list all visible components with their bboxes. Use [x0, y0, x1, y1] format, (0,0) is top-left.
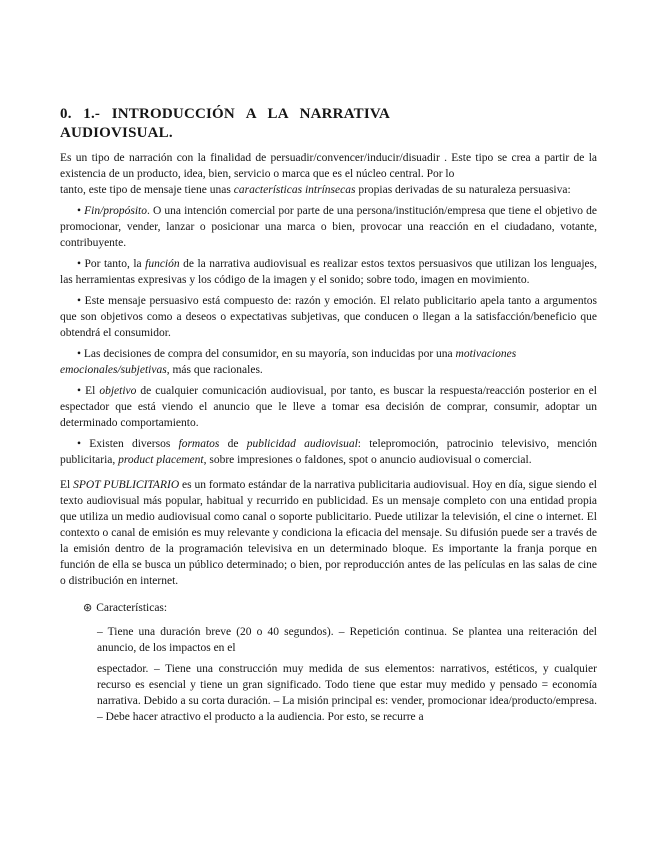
caracteristicas-heading: ⊛Características: [60, 600, 597, 616]
caracteristicas-label: Características: [96, 602, 167, 614]
caracteristicas-block-2: espectador. – Tiene una construcción muy… [97, 661, 597, 725]
bullet-fin-proposito: • Fin/propósito. O una intención comerci… [60, 203, 597, 251]
bullet-funcion: • Por tanto, la función de la narrativa … [60, 256, 597, 288]
bullet-formatos: • Existen diversos formatos de publicida… [60, 436, 597, 468]
title-line-1: 0. 1.- INTRODUCCIÓN A LA NARRATIVA [60, 105, 390, 124]
bullet-decisiones-compra: • Las decisiones de compra del consumido… [60, 346, 597, 378]
bullet-objetivo: • El objetivo de cualquier comunicación … [60, 383, 597, 431]
document-title: 0. 1.- INTRODUCCIÓN A LA NARRATIVA AUDIO… [60, 105, 597, 143]
caracteristicas-block-1: – Tiene una duración breve (20 o 40 segu… [97, 624, 597, 656]
document-page: 0. 1.- INTRODUCCIÓN A LA NARRATIVA AUDIO… [0, 0, 655, 848]
spot-publicitario-paragraph: El SPOT PUBLICITARIO es un formato están… [60, 477, 597, 589]
intro-paragraph: Es un tipo de narración con la finalidad… [60, 150, 597, 198]
ornament-icon: ⊛ [83, 601, 92, 614]
bullet-mensaje-persuasivo: • Este mensaje persuasivo está compuesto… [60, 293, 597, 341]
title-line-2: AUDIOVISUAL. [60, 124, 597, 143]
